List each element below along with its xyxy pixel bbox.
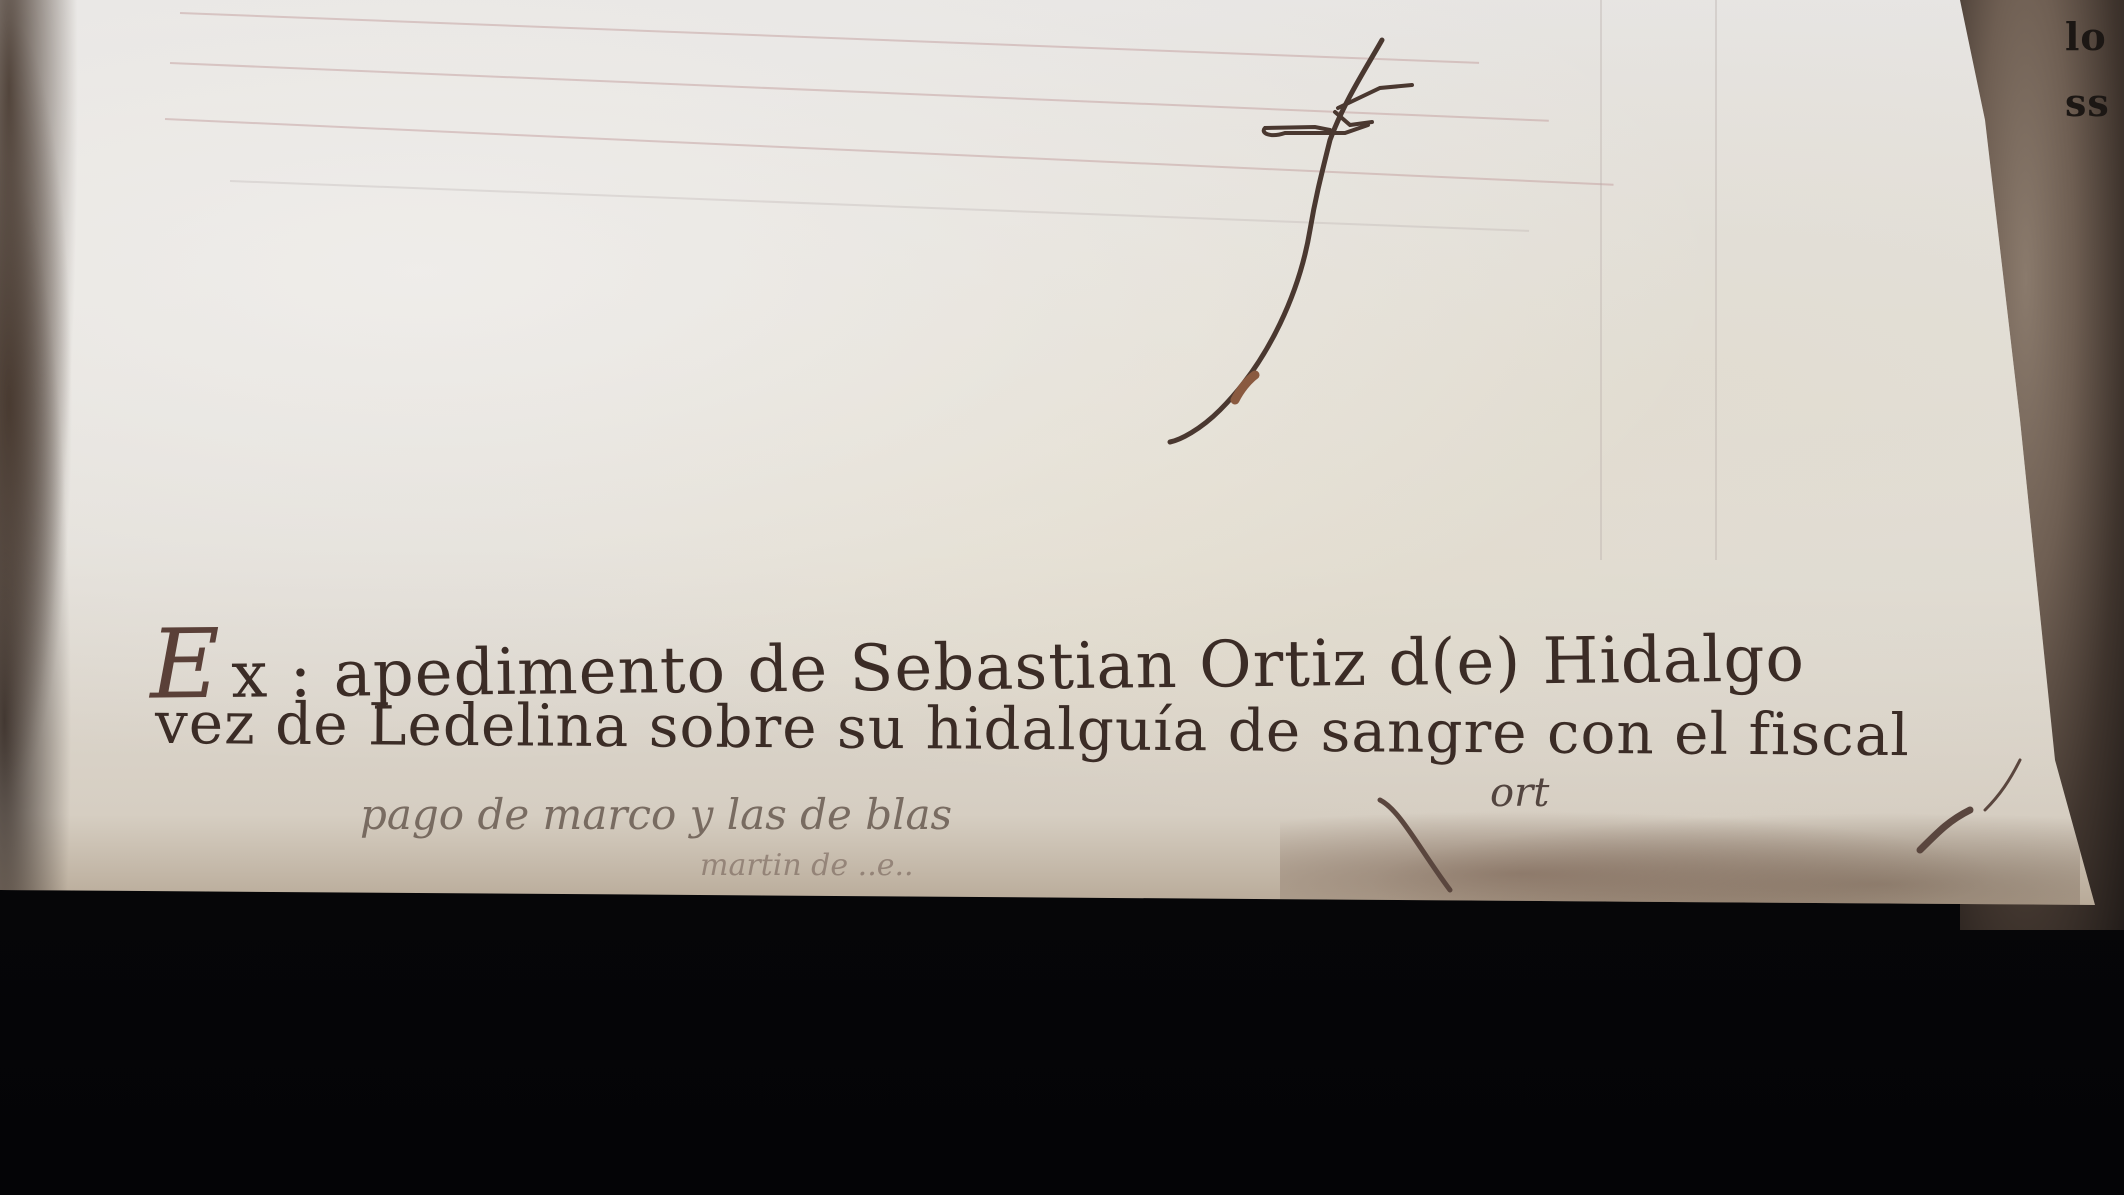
ruling-line: [230, 180, 1529, 232]
annotation-faint: martin de ..e..: [700, 848, 914, 883]
manuscript-line-2: vez de Ledelina sobre su hidalguía de sa…: [155, 689, 1910, 769]
ruling-margin: [1600, 0, 1602, 560]
manuscript-photo: lo ss Ex : apedimento de Sebastian Ortiz…: [0, 0, 2124, 1195]
ruling-line: [180, 12, 1479, 64]
ruling-margin: [1715, 0, 1717, 560]
edge-stain: [0, 0, 90, 900]
adjacent-page-text: ss: [2065, 80, 2110, 125]
ruling-line: [170, 62, 1549, 122]
signature-flourish-icon: [1140, 30, 1440, 450]
water-stain: [1280, 800, 2080, 905]
adjacent-page-text: lo: [2065, 14, 2107, 59]
ruling-line: [165, 118, 1614, 186]
annotation-cursive: pago de marco y las de blas: [360, 790, 952, 839]
parchment-page: Ex : apedimento de Sebastian Ortiz d(e) …: [0, 0, 2095, 905]
annotation-abbrev: ort: [1490, 770, 1549, 816]
line-text: vez de Ledelina sobre su hidalguía de sa…: [155, 689, 1910, 769]
